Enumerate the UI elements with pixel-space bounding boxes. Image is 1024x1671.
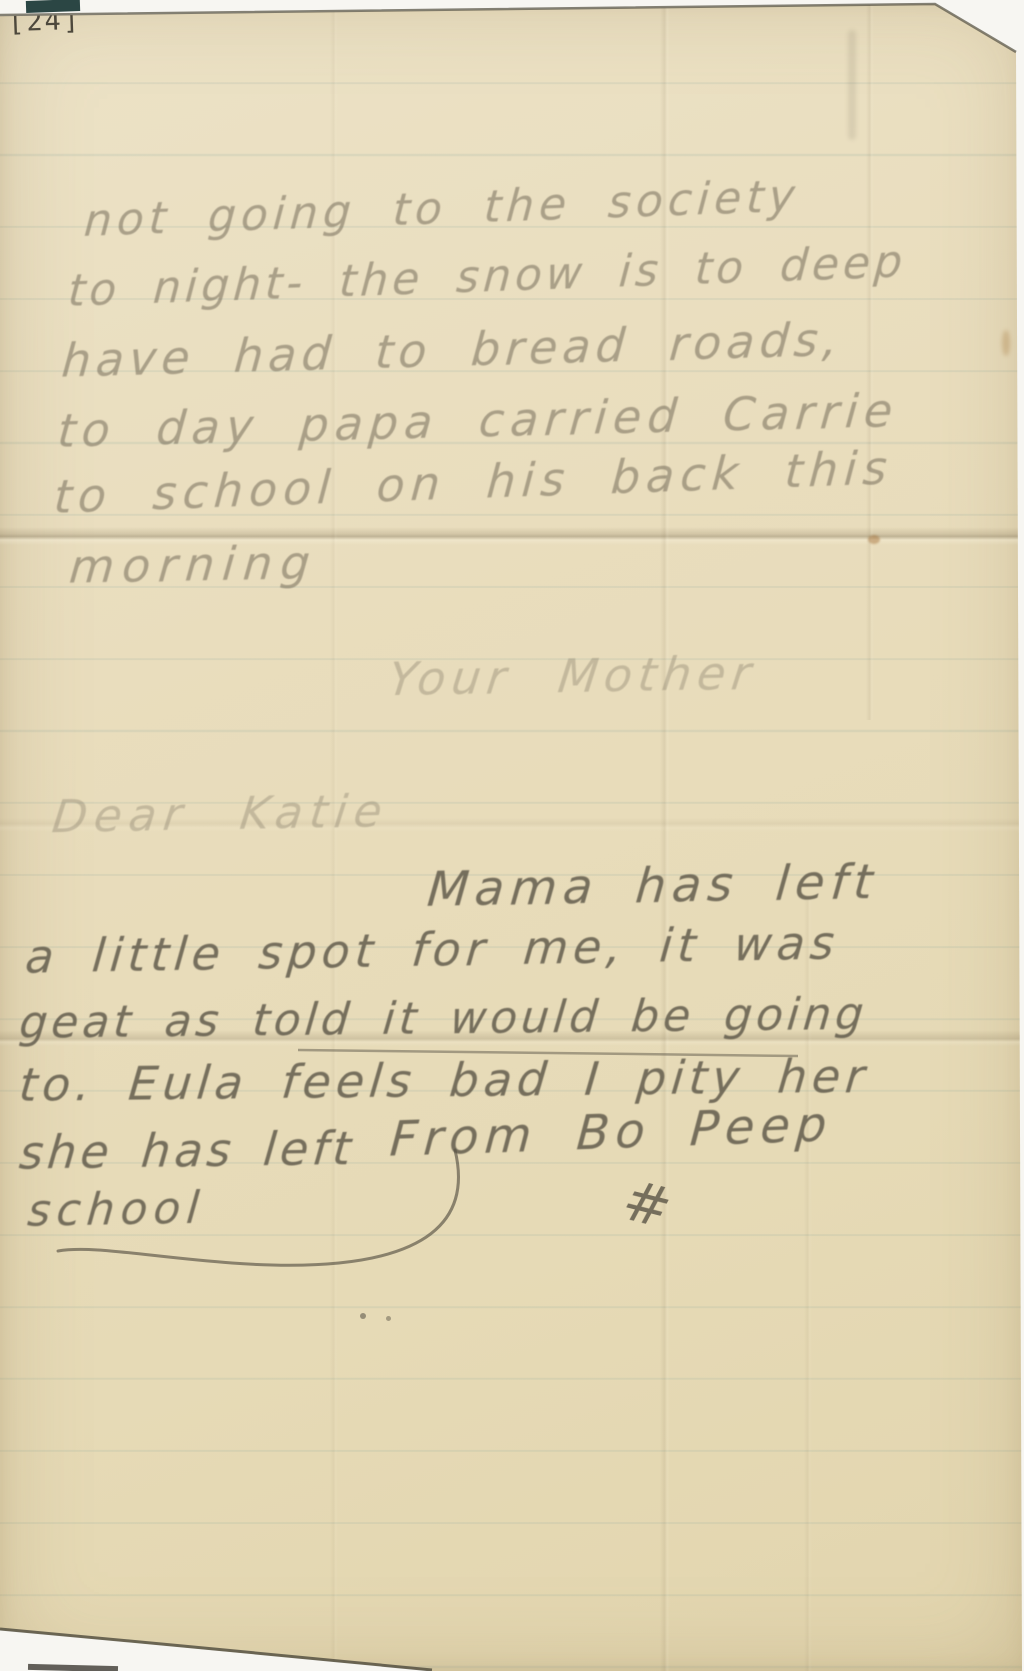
letter-paper: [24] not going to the society to night- … [0, 0, 1024, 1671]
letter-line: geat as told it would be going [17, 989, 869, 1049]
scanner-tab [26, 0, 80, 13]
letter-salutation: Dear Katie [49, 784, 392, 843]
letter-line: she has left [17, 1121, 357, 1180]
letter-line: morning [67, 536, 320, 594]
letter-line: Mama has left [425, 854, 881, 918]
letter-line: school [26, 1183, 208, 1237]
scanner-edge [28, 1664, 118, 1671]
letter-signature: Your Mother [385, 646, 760, 707]
scanned-letter: [24] not going to the society to night- … [0, 0, 1024, 1671]
